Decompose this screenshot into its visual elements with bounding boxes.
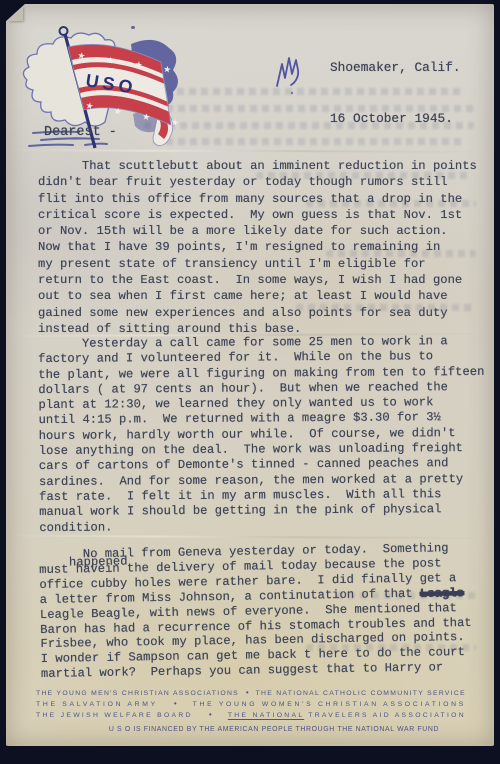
letter-line: flit into this office from many sources … bbox=[38, 191, 477, 207]
letter-date: 16 October 1945. bbox=[330, 110, 461, 127]
letter-line: or Nov. 15th will be a more likely date … bbox=[38, 223, 477, 239]
letter-line: Now that I have 39 points, I'm resigned … bbox=[38, 239, 477, 255]
paragraph-2: Yesterday a call came for some 25 men to… bbox=[38, 334, 486, 536]
paragraph-1: That scuttlebutt about an imminent reduc… bbox=[38, 158, 477, 337]
letter-line: That scuttlebutt about an imminent reduc… bbox=[38, 158, 477, 174]
bullet-separator: • bbox=[246, 688, 249, 698]
org-name: THE YOUNG MEN'S CHRISTIAN ASSOCIATIONS bbox=[36, 689, 239, 699]
footer-line: THE JEWISH WELFARE BOARD • THE NATIONAL … bbox=[36, 710, 466, 721]
letter-line: didn't bear fruit yesterday or today tho… bbox=[38, 174, 477, 190]
clipped-corner bbox=[5, 3, 26, 22]
org-name: THE SALVATION ARMY bbox=[36, 700, 158, 710]
underlined-text: THE NATIONAL bbox=[228, 712, 304, 719]
org-name: THE YOUNG WOMEN'S CHRISTIAN ASSOCIATIONS bbox=[193, 700, 466, 710]
letter-line: my present state of transiency until I'm… bbox=[38, 256, 477, 272]
letter-line: manual work I should be getting in the p… bbox=[39, 502, 485, 520]
date-block: Shoemaker, Calif. 16 October 1945. bbox=[330, 25, 461, 161]
letter-location: Shoemaker, Calif. bbox=[330, 59, 461, 76]
org-name: THE NATIONAL TRAVELERS AID ASSOCIATION bbox=[228, 711, 466, 721]
letter-line: out to sea when I first came here; at le… bbox=[38, 288, 477, 304]
org-name: THE JEWISH WELFARE BOARD bbox=[36, 711, 193, 721]
funding-statement: U S O IS FINANCED BY THE AMERICAN PEOPLE… bbox=[54, 726, 494, 733]
footer-line: THE YOUNG MEN'S CHRISTIAN ASSOCIATIONS •… bbox=[36, 688, 466, 699]
bullet-separator: • bbox=[174, 699, 177, 709]
member-organizations-footer: THE YOUNG MEN'S CHRISTIAN ASSOCIATIONS •… bbox=[36, 688, 466, 721]
org-name: THE NATIONAL CATHOLIC COMMUNITY SERVICE bbox=[256, 689, 466, 699]
pen-scribble-mark bbox=[272, 50, 306, 96]
letter-line: return to the East coast. In some ways, … bbox=[38, 272, 477, 288]
bullet-separator: • bbox=[209, 710, 212, 720]
struck-out-word: Leagle bbox=[420, 586, 464, 601]
salutation: Dearest - bbox=[44, 125, 117, 140]
letter-line: critical score is expected. My own guess… bbox=[38, 207, 477, 223]
letter-line: condition. bbox=[39, 517, 485, 535]
footer-line: THE SALVATION ARMY • THE YOUNG WOMEN'S C… bbox=[36, 699, 466, 710]
letter-paper: ★ ★ ★ ★ ★ ★ ★ ★ USO Shoemaker, Calif. 16… bbox=[6, 4, 494, 746]
scanned-letter-photo: ★ ★ ★ ★ ★ ★ ★ ★ USO Shoemaker, Calif. 16… bbox=[0, 0, 500, 764]
paragraph-3: No mail from Geneva yesterday or today. … bbox=[39, 541, 473, 682]
letter-line: gained some new experiences and also poi… bbox=[38, 305, 477, 321]
